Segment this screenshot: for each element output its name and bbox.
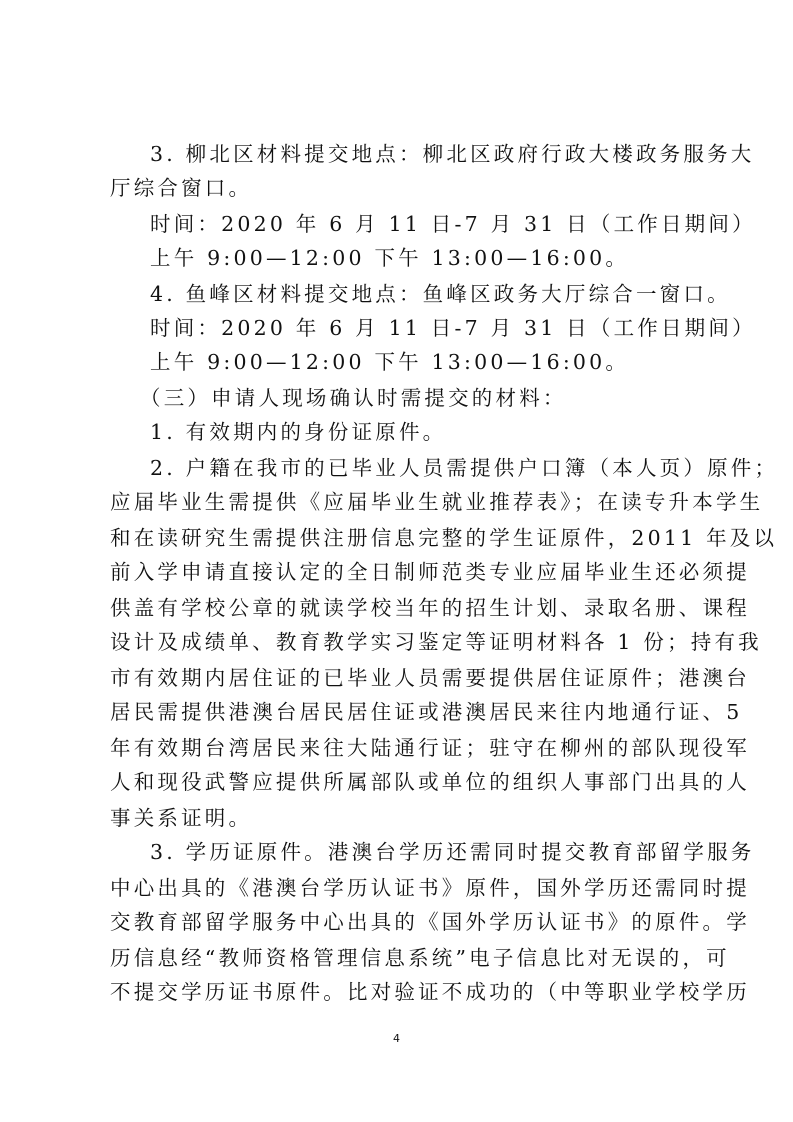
text-line: 厅综合窗口。 bbox=[110, 172, 252, 204]
text-line: 市有效期内居住证的已毕业人员需要提供居住证原件；港澳台 bbox=[110, 662, 750, 694]
text-line: 时间：2020 年 6 月 11 日-7 月 31 日（工作日期间） bbox=[150, 312, 756, 344]
text-line: 交教育部留学服务中心出具的《国外学历认证书》的原件。学 bbox=[110, 906, 750, 938]
text-line: 居民需提供港澳台居民居住证或港澳居民来往内地通行证、5 bbox=[110, 696, 742, 728]
text-line: 供盖有学校公章的就读学校当年的招生计划、录取名册、课程 bbox=[110, 592, 750, 624]
text-line: 设计及成绩单、教育教学实习鉴定等证明材料各 1 份；持有我 bbox=[110, 626, 762, 658]
section-heading: （三）申请人现场确认时需提交的材料： bbox=[140, 382, 567, 414]
page-number: 4 bbox=[0, 1032, 793, 1045]
text-line: 时间：2020 年 6 月 11 日-7 月 31 日（工作日期间） bbox=[150, 208, 756, 240]
text-line: 4. 鱼峰区材料提交地点：鱼峰区政务大厅综合一窗口。 bbox=[150, 278, 731, 310]
text-line: 应届毕业生需提供《应届毕业生就业推荐表》；在读专升本学生 bbox=[110, 486, 763, 518]
text-line: 前入学申请直接认定的全日制师范类专业应届毕业生还必须提 bbox=[110, 556, 750, 588]
text-line: 2. 户籍在我市的已毕业人员需提供户口簿（本人页）原件； bbox=[150, 452, 778, 484]
text-line: 上午 9:00—12:00 下午 13:00—16:00。 bbox=[150, 346, 629, 378]
text-line: 人和现役武警应提供所属部队或单位的组织人事部门出具的人 bbox=[110, 766, 750, 798]
text-line: 上午 9:00—12:00 下午 13:00—16:00。 bbox=[150, 242, 629, 274]
text-line: 1. 有效期内的身份证原件。 bbox=[150, 416, 446, 448]
text-line: 事关系证明。 bbox=[110, 802, 252, 834]
text-line: 3. 柳北区材料提交地点：柳北区政府行政大楼政务服务大 bbox=[150, 138, 754, 170]
text-line: 和在读研究生需提供注册信息完整的学生证原件，2011 年及以 bbox=[110, 522, 777, 554]
text-line: 年有效期台湾居民来往大陆通行证；驻守在柳州的部队现役军 bbox=[110, 732, 750, 764]
text-line: 历信息经“教师资格管理信息系统”电子信息比对无误的，可 bbox=[110, 942, 730, 974]
text-line: 不提交学历证书原件。比对验证不成功的（中等职业学校学历 bbox=[110, 976, 750, 1008]
text-line: 3. 学历证原件。港澳台学历还需同时提交教育部留学服务 bbox=[150, 836, 754, 868]
text-line: 中心出具的《港澳台学历认证书》原件，国外学历还需同时提 bbox=[110, 872, 750, 904]
